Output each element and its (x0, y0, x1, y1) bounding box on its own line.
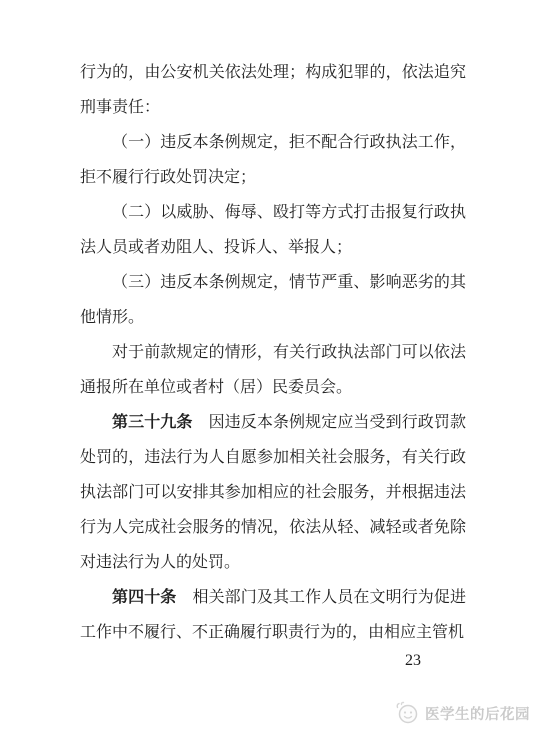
paragraph-text: 因违反本条例规定应当受到行政罚款处罚的，违法行为人自愿参加相关社会服务，有关行政… (80, 414, 466, 571)
paragraph: （二）以威胁、侮辱、殴打等方式打击报复行政执法人员或者劝阻人、投诉人、举报人； (80, 195, 466, 265)
paragraph: 行为的，由公安机关依法处理；构成犯罪的，依法追究刑事责任： (80, 55, 466, 125)
watermark-text: 医学生的后花园 (425, 703, 530, 724)
paragraph: （一）违反本条例规定，拒不配合行政执法工作，拒不履行行政处罚决定； (80, 125, 466, 195)
paragraph-text: 对于前款规定的情形，有关行政执法部门可以依法通报所在单位或者村（居）民委员会。 (80, 344, 466, 396)
wechat-account-logo-icon (394, 700, 420, 726)
paragraph-text: 行为的，由公安机关依法处理；构成犯罪的，依法追究刑事责任： (80, 64, 466, 116)
page-number: 23 (405, 652, 421, 670)
article-number: 第三十九条 (112, 414, 192, 431)
paragraph-text: （三）违反本条例规定，情节严重、影响恶劣的其他情形。 (80, 274, 466, 326)
watermark: 医学生的后花园 (394, 700, 530, 726)
document-page: 行为的，由公安机关依法处理；构成犯罪的，依法追究刑事责任： （一）违反本条例规定… (0, 0, 536, 739)
paragraph-text: （一）违反本条例规定，拒不配合行政执法工作，拒不履行行政处罚决定； (80, 134, 466, 186)
paragraph: 第三十九条 因违反本条例规定应当受到行政罚款处罚的，违法行为人自愿参加相关社会服… (80, 405, 466, 580)
paragraph: （三）违反本条例规定，情节严重、影响恶劣的其他情形。 (80, 265, 466, 335)
paragraph-text: （二）以威胁、侮辱、殴打等方式打击报复行政执法人员或者劝阻人、投诉人、举报人； (80, 204, 466, 256)
paragraph: 对于前款规定的情形，有关行政执法部门可以依法通报所在单位或者村（居）民委员会。 (80, 335, 466, 405)
document-body: 行为的，由公安机关依法处理；构成犯罪的，依法追究刑事责任： （一）违反本条例规定… (80, 55, 466, 650)
article-number: 第四十条 (112, 589, 176, 606)
paragraph: 第四十条 相关部门及其工作人员在文明行为促进工作中不履行、不正确履行职责行为的，… (80, 580, 466, 650)
